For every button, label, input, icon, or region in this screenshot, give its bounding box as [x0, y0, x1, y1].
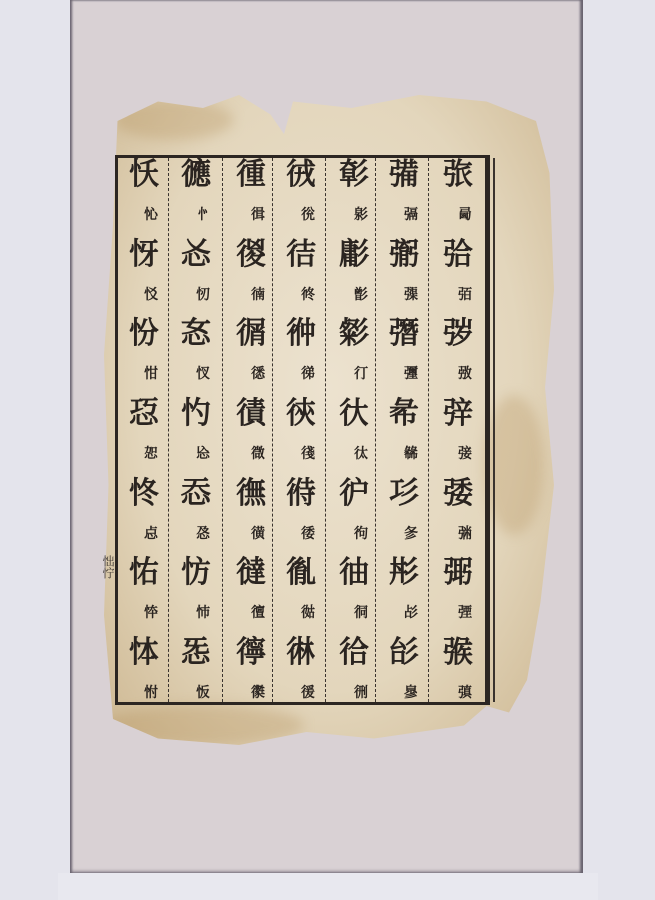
mat-bottom-edge — [58, 873, 598, 900]
glyph: 㣧 — [286, 558, 316, 588]
glyph: 㣿 — [181, 399, 211, 429]
glyph: 㣞 — [301, 208, 315, 222]
glyph: 㣟 — [286, 240, 316, 270]
glyph: 㣅 — [389, 319, 419, 349]
glyph: 㢵 — [443, 240, 473, 270]
glyph: 㢺 — [458, 447, 472, 461]
glyph: 㢻 — [443, 479, 473, 509]
glyph: 㤇 — [129, 160, 159, 190]
glyph: 㣻 — [181, 240, 211, 270]
text-column: 㣁㣂㣃㣄㣅㣆㣇㣈㣉㣊㣋㣌㣍㣎 — [378, 160, 430, 700]
text-column: 㣏㣐㣑㣒㣓㣔㣕㣖㣗㣘㣙㣚㣛㣜 — [328, 160, 380, 700]
glyph: 㣾 — [196, 367, 210, 381]
glyph: 㣨 — [301, 606, 315, 620]
glyph: 㢴 — [458, 208, 472, 222]
glyph: 㣲 — [251, 447, 265, 461]
glyph: 㣇 — [389, 399, 419, 429]
glyph: 㣋 — [389, 558, 419, 588]
glyph: 㣑 — [339, 240, 369, 270]
glyph: 㤈 — [144, 208, 158, 222]
glyph: 㣩 — [286, 638, 316, 668]
glyph: 㣗 — [339, 479, 369, 509]
glyph: 㣂 — [404, 208, 418, 222]
glyph: 㣶 — [251, 606, 265, 620]
text-column: 㣹㣺㣻㣼㣽㣾㣿㤀㤁㤂㤃㤄㤅㤆 — [170, 160, 222, 700]
glyph: 㤏 — [129, 479, 159, 509]
glyph: 㤉 — [129, 240, 159, 270]
glyph: 㣪 — [301, 686, 315, 700]
glyph: 㣥 — [286, 479, 316, 509]
glyph: 㤆 — [196, 686, 210, 700]
glyph: 㣢 — [301, 367, 315, 381]
glyph: 㤁 — [181, 479, 211, 509]
glyph: 㣏 — [339, 160, 369, 190]
glyph: 㣯 — [236, 319, 266, 349]
glyph: 㤀 — [196, 447, 210, 461]
glyph: 㣛 — [339, 638, 369, 668]
glyph: 㣈 — [404, 447, 418, 461]
glyph: 㣵 — [236, 558, 266, 588]
glyph: 㤊 — [144, 288, 158, 302]
glyph: 㣀 — [458, 686, 472, 700]
glyph: 㣚 — [354, 606, 368, 620]
glyph: 㢹 — [443, 399, 473, 429]
glyph: 㢷 — [443, 319, 473, 349]
glyph: 㢾 — [458, 606, 472, 620]
glyph: 㣮 — [251, 288, 265, 302]
glyph: 㣣 — [286, 399, 316, 429]
glyph: 㣍 — [389, 638, 419, 668]
text-column: 㣫㣬㣭㣮㣯㣰㣱㣲㣳㣴㣵㣶㣷㣸 — [225, 160, 277, 700]
text-column: 㢳㢴㢵㢶㢷㢸㢹㢺㢻㢼㢽㢾㢿㣀 — [432, 160, 484, 700]
glyph: 㤑 — [129, 558, 159, 588]
glyph: 㣭 — [236, 240, 266, 270]
text-column: 㤇㤈㤉㤊㤋㤌㤍㤎㤏㤐㤑㤒㤓㤔 — [118, 160, 170, 700]
glyph: 㣦 — [301, 527, 315, 541]
glyph: 㣡 — [286, 319, 316, 349]
glyph: 㣄 — [404, 288, 418, 302]
glyph: 㣉 — [389, 479, 419, 509]
glyph: 㤍 — [129, 399, 159, 429]
glyph: 㣺 — [196, 208, 210, 222]
glyph: 㤐 — [144, 527, 158, 541]
glyph: 㣽 — [181, 319, 211, 349]
glyph: 㣰 — [251, 367, 265, 381]
glyph: 㣸 — [251, 686, 265, 700]
glyph: 㣊 — [404, 527, 418, 541]
margin-note: 㤕㤖 — [100, 555, 117, 579]
glyph: 㣁 — [389, 160, 419, 190]
glyph: 㣷 — [236, 638, 266, 668]
glyph: 㤓 — [129, 638, 159, 668]
glyph: 㣼 — [196, 288, 210, 302]
glyph: 㣓 — [339, 319, 369, 349]
glyph: 㣔 — [354, 367, 368, 381]
glyph: 㣘 — [354, 527, 368, 541]
text-column: 㣝㣞㣟㣠㣡㣢㣣㣤㣥㣦㣧㣨㣩㣪 — [275, 160, 327, 700]
glyph: 㢸 — [458, 367, 472, 381]
glyph: 㣒 — [354, 288, 368, 302]
glyph: 㣆 — [404, 367, 418, 381]
glyph: 㢳 — [443, 160, 473, 190]
glyph: 㣕 — [339, 399, 369, 429]
glyph: 㣙 — [339, 558, 369, 588]
glyph: 㣤 — [301, 447, 315, 461]
glyph: 㣃 — [389, 240, 419, 270]
glyph: 㣐 — [354, 208, 368, 222]
column-divider — [222, 158, 223, 702]
glyph: 㣎 — [404, 686, 418, 700]
glyph: 㤅 — [181, 638, 211, 668]
glyph: 㤃 — [181, 558, 211, 588]
glyph: 㣬 — [251, 208, 265, 222]
glyph: 㤄 — [196, 606, 210, 620]
glyph: 㣴 — [251, 527, 265, 541]
glyph: 㤂 — [196, 527, 210, 541]
glyph: 㢼 — [458, 527, 472, 541]
glyph: 㤔 — [144, 686, 158, 700]
glyph: 㣹 — [181, 160, 211, 190]
glyph: 㣝 — [286, 160, 316, 190]
glyph: 㣫 — [236, 160, 266, 190]
glyph: 㣠 — [301, 288, 315, 302]
glyph: 㣱 — [236, 399, 266, 429]
glyph: 㢿 — [443, 638, 473, 668]
glyph: 㣌 — [404, 606, 418, 620]
glyph: 㢶 — [458, 288, 472, 302]
glyph: 㢽 — [443, 558, 473, 588]
glyph: 㣳 — [236, 479, 266, 509]
glyph: 㤎 — [144, 447, 158, 461]
glyph: 㣖 — [354, 447, 368, 461]
glyph: 㤒 — [144, 606, 158, 620]
glyph: 㤋 — [129, 319, 159, 349]
glyph: 㣜 — [354, 686, 368, 700]
glyph: 㤌 — [144, 367, 158, 381]
